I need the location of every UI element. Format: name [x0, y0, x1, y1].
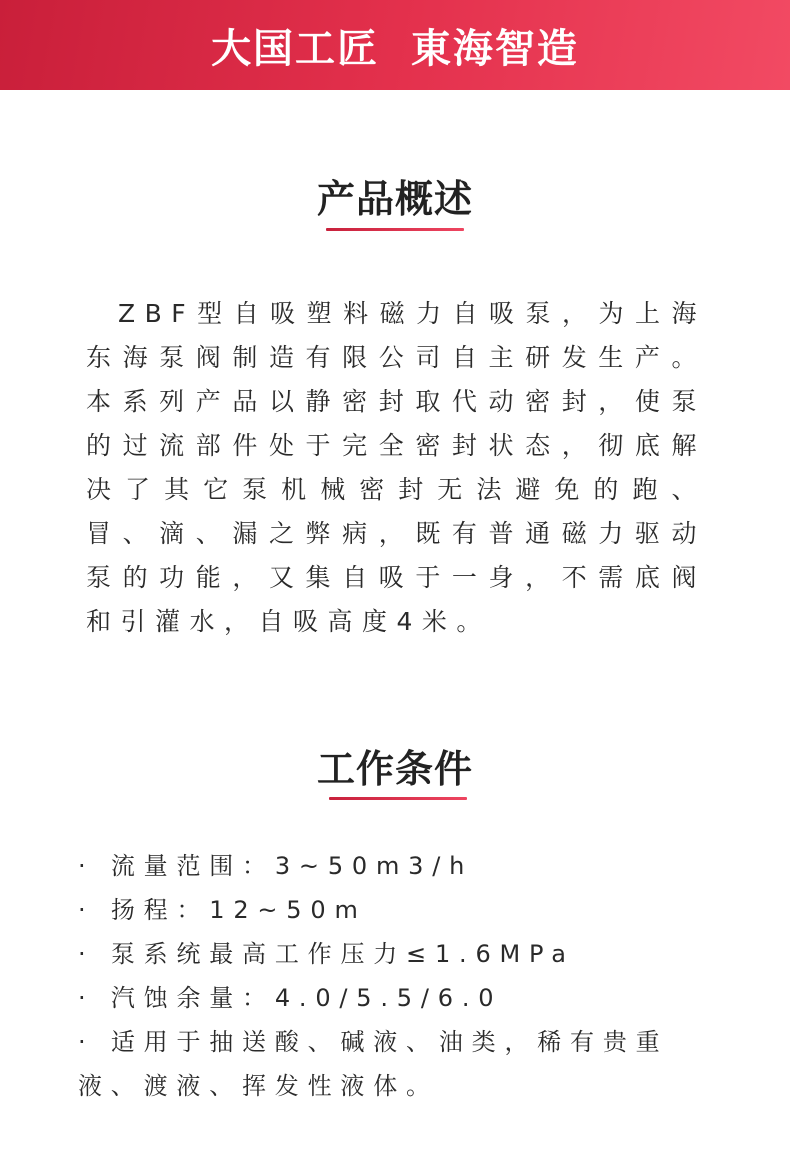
overview-heading: 产品概述	[0, 168, 790, 223]
overview-title: 产品概述	[317, 177, 473, 221]
conditions-heading: 工作条件	[0, 738, 790, 793]
condition-npsh: · 汽蚀余量：4.0/5.5/6.0	[78, 976, 708, 1020]
brand-banner: 大国工匠 東海智造	[0, 0, 790, 90]
conditions-list: · 流量范围：3~50m3/h · 扬程：12~50m · 泵系统最高工作压力≤…	[78, 844, 708, 1108]
overview-underline	[326, 228, 464, 231]
overview-paragraph: ZBF型自吸塑料磁力自吸泵，为上海东海泵阀制造有限公司自主研发生产。本系列产品以…	[86, 292, 706, 644]
condition-applicable-media: · 适用于抽送酸、碱液、油类，稀有贵重液、渡液、挥发性液体。	[78, 1020, 708, 1108]
conditions-title: 工作条件	[317, 747, 473, 791]
condition-max-pressure: · 泵系统最高工作压力≤1.6MPa	[78, 932, 708, 976]
conditions-underline	[329, 797, 467, 800]
overview-text: ZBF型自吸塑料磁力自吸泵，为上海东海泵阀制造有限公司自主研发生产。本系列产品以…	[86, 299, 706, 636]
condition-flow-range: · 流量范围：3~50m3/h	[78, 844, 708, 888]
banner-title: 大国工匠 東海智造	[211, 17, 579, 74]
condition-head: · 扬程：12~50m	[78, 888, 708, 932]
